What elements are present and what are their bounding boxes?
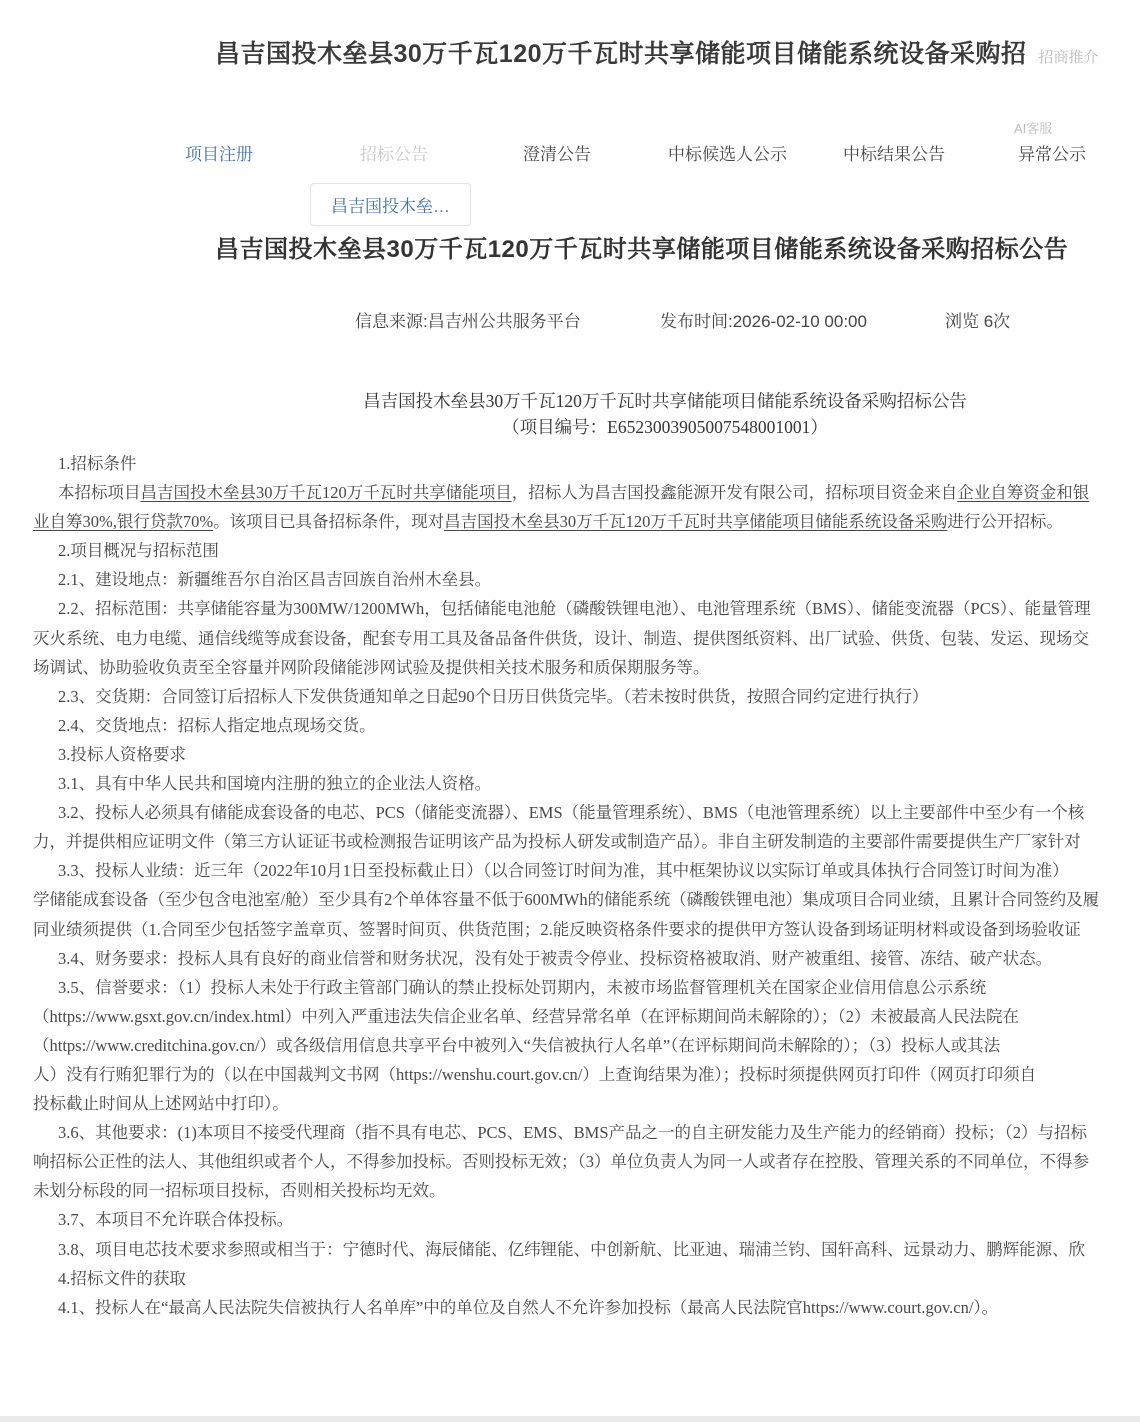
text-line: 业自筹30%,银行贷款70%。该项目已具备招标条件，现对昌吉国投木垒县30万千瓦… [33,507,1140,536]
meta-row: 信息来源:昌吉州公共服务平台 发布时间:2026-02-10 00:00 浏览 … [0,307,1140,331]
announcement-heading: 昌吉国投木垒县30万千瓦120万千瓦时共享储能项目储能系统设备采购招标公告 [215,229,1068,264]
meta-publish-time: 发布时间:2026-02-10 00:00 [660,307,867,332]
text-line: （https://www.creditchina.gov.cn/）或各级信用信息… [33,1031,1140,1060]
meta-views: 浏览 6次 [945,307,1010,332]
text-line: 力，并提供相应证明文件（第三方认证证书或检测报告证明该产品为投标人研发或制造产品… [33,827,1140,856]
text-line: 2.1、建设地点：新疆维吾尔自治区昌吉回族自治州木垒县。 [33,565,1140,594]
document-title: 昌吉国投木垒县30万千瓦120万千瓦时共享储能项目储能系统设备采购招标公告 （项… [0,388,1140,440]
document-title-line2: （项目编号：E6523003905007548001001） [0,414,1140,440]
text-line: 学储能成套设备（至少包含电池室/舱）至少具有2个单体容量不低于600MWh的储能… [33,885,1140,914]
nav-item-1[interactable]: 项目注册 [185,140,253,165]
ai-service-label[interactable]: AI客服 [1014,118,1052,137]
text-line: 2.2、招标范围：共享储能容量为300MW/1200MWh，包括储能电池舱（磷酸… [33,594,1140,623]
text-line: 3.1、具有中华人民共和国境内注册的独立的企业法人资格。 [33,769,1140,798]
promo-label[interactable]: 招商推介 [1039,49,1099,66]
text-line: 未划分标段的同一招标项目投标，否则相关投标均无效。 [33,1176,1140,1205]
text-line: 灭火系统、电力电缆、通信线缆等成套设备，配套专用工具及备品备件供货，设计、制造、… [33,624,1140,653]
text-line: 3.5、信誉要求：（1）投标人未处于行政主管部门确认的禁止投标处罚期内，未被市场… [33,973,1140,1002]
article: 昌吉国投木垒县30万千瓦120万千瓦时共享储能项目储能系统设备采购招标公告 （项… [0,388,1140,1322]
text-line: 人）没有行贿犯罪行为的（以在中国裁判文书网（https://wenshu.cou… [33,1060,1140,1089]
text-line: 场调试、协助验收负责至全容量并网阶段储能涉网试验及提供相关技术服务和质保期服务等… [33,653,1140,682]
meta-source: 信息来源:昌吉州公共服务平台 [355,307,581,332]
text-line: 4.1、投标人在“最高人民法院失信被执行人名单库”中的单位及自然人不允许参加投标… [33,1293,1140,1322]
document-title-line1: 昌吉国投木垒县30万千瓦120万千瓦时共享储能项目储能系统设备采购招标公告 [0,388,1140,414]
text-line: 3.7、本项目不允许联合体投标。 [33,1205,1140,1234]
nav-item-6[interactable]: 异常公示 [1018,140,1086,165]
nav-item-3[interactable]: 澄清公告 [523,140,591,165]
nav-tabs: 项目注册招标公告澄清公告中标候选人公示中标结果公告异常公示 [0,140,1140,166]
text-line: 2.项目概况与招标范围 [33,536,1140,565]
document-body: 1.招标条件本招标项目昌吉国投木垒县30万千瓦120万千瓦时共享储能项目，招标人… [0,449,1140,1322]
text-line: 本招标项目昌吉国投木垒县30万千瓦120万千瓦时共享储能项目，招标人为昌吉国投鑫… [33,478,1140,507]
nav-item-5[interactable]: 中标结果公告 [843,140,945,165]
text-line: 响招标公正性的法人、其他组织或者个人，不得参加投标。否则投标无效；（3）单位负责… [33,1147,1140,1176]
text-line: 3.8、项目电芯技术要求参照或相当于：宁德时代、海辰储能、亿纬锂能、中创新航、比… [33,1235,1140,1264]
text-line: 4.招标文件的获取 [33,1264,1140,1293]
text-line: 1.招标条件 [33,449,1140,478]
text-line: 3.4、财务要求：投标人具有良好的商业信誉和财务状况，没有处于被责令停业、投标资… [33,944,1140,973]
text-line: （https://www.gsxt.gov.cn/index.html）中列入严… [33,1002,1140,1031]
text-line: 2.4、交货地点：招标人指定地点现场交货。 [33,711,1140,740]
text-line: 3.3、投标人业绩：近三年（2022年10月1日至投标截止日）（以合同签订时间为… [33,856,1140,885]
top-title-row: 昌吉国投木垒县30万千瓦120万千瓦时共享储能项目储能系统设备采购招招商推介 [215,34,1099,70]
text-line: 3.2、投标人必须具有储能成套设备的电芯、PCS（储能变流器）、EMS（能量管理… [33,798,1140,827]
text-line: 投标截止时间从上述网站中打印）。 [33,1089,1140,1118]
text-line: 2.3、交货期：合同签订后招标人下发供货通知单之日起90个日历日供货完毕。（若未… [33,682,1140,711]
bottom-divider [0,1416,1140,1422]
text-line: 同业绩须提供（1.合同至少包括签字盖章页、签署时间页、供货范围；2.能反映资格条… [33,915,1140,944]
nav-item-4[interactable]: 中标候选人公示 [668,140,787,165]
project-chip[interactable]: 昌吉国投木垒… [310,183,471,226]
text-line: 3.投标人资格要求 [33,740,1140,769]
text-line: 3.6、其他要求：(1)本项目不接受代理商（指不具有电芯、PCS、EMS、BMS… [33,1118,1140,1147]
page-title: 昌吉国投木垒县30万千瓦120万千瓦时共享储能项目储能系统设备采购招 [215,40,1027,68]
nav-item-2[interactable]: 招标公告 [360,140,428,165]
